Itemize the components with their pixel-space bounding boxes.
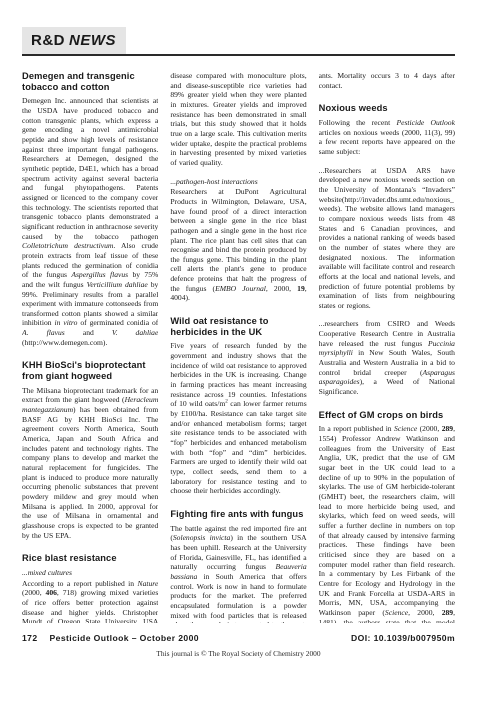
article-paragraph: Demegen Inc. announced that scientists a… — [22, 96, 158, 347]
page-footer: 172Pesticide Outlook – October 2000 DOI:… — [22, 633, 455, 643]
page-number: 172 — [22, 633, 38, 643]
text-run: Science — [394, 424, 417, 433]
text-run: Solenopsis invicta — [173, 533, 230, 542]
article-paragraph: The battle against the red imported fire… — [170, 524, 306, 623]
banner-title-accent: NEWS — [69, 32, 116, 49]
article-paragraph: disease compared with monoculture plots,… — [170, 71, 306, 168]
text-column: disease compared with monoculture plots,… — [170, 71, 306, 623]
article-subheading: ...pathogen-host interactions — [170, 177, 306, 187]
header-rule — [22, 54, 455, 56]
text-run: Following the recent — [319, 118, 397, 127]
text-run: According to a report published in — [22, 579, 138, 588]
text-column: Demegen and transgenic tobacco and cotto… — [22, 71, 158, 623]
journal-page: R&DNEWS Demegen and transgenic tobacco a… — [0, 0, 500, 708]
text-run: , 2000, — [408, 608, 442, 617]
text-run: ...Researchers at USDA ARS have develope… — [319, 166, 455, 310]
journal-issue-title: Pesticide Outlook – October 2000 — [50, 633, 199, 643]
article-paragraph: In a report published in Science (2000, … — [319, 424, 455, 623]
article-paragraph: ...Researchers at USDA ARS have develope… — [319, 166, 455, 311]
article-heading: Fighting fire ants with fungus — [170, 509, 306, 520]
doi-label: DOI: 10.1039/b007950m — [351, 633, 455, 643]
text-run: Verticillium dahliae — [87, 280, 148, 289]
text-run: 289 — [442, 608, 453, 617]
text-run: (2000, — [22, 588, 46, 597]
footer-left: 172Pesticide Outlook – October 2000 — [22, 633, 199, 643]
text-run: Nature — [138, 579, 159, 588]
text-run: 406 — [46, 588, 57, 597]
text-run: A. flavus — [22, 328, 65, 337]
text-run: in vitro — [54, 318, 77, 327]
article-paragraph: The Milsana bioprotectant trademark for … — [22, 386, 158, 541]
article-paragraph: Five years of research funded by the gov… — [170, 341, 306, 496]
text-run: of germinated conidia of — [77, 318, 158, 327]
text-run: (2000, — [417, 424, 441, 433]
text-run: Pesticide Outlook — [396, 118, 455, 127]
text-run: can lower farmer returns by £100/ha. Res… — [170, 399, 306, 495]
article-heading: Noxious weeds — [319, 103, 455, 114]
text-run: In a report published in — [319, 424, 394, 433]
text-run: Science — [385, 608, 408, 617]
text-run: Demegen Inc. announced that scientists a… — [22, 96, 158, 240]
text-run: ) has been obtained from BASF AG by KHH … — [22, 405, 158, 540]
text-run: Colletotrichum destructivum — [22, 241, 113, 250]
text-run: Aspergillus flavus — [71, 270, 128, 279]
article-subheading: ...mixed cultures — [22, 568, 158, 578]
article-paragraph: According to a report published in Natur… — [22, 579, 158, 623]
text-run: Researchers at DuPont Agricultural Produ… — [170, 187, 306, 293]
article-heading: Demegen and transgenic tobacco and cotto… — [22, 71, 158, 92]
text-run: V. dahliae — [112, 328, 158, 337]
text-run: EMBO Journal — [215, 284, 266, 293]
article-heading: Effect of GM crops on birds — [319, 410, 455, 421]
text-run: 19 — [297, 284, 305, 293]
copyright-line: This journal is © The Royal Society of C… — [22, 649, 455, 658]
article-paragraph: Following the recent Pesticide Outlook a… — [319, 118, 455, 157]
article-heading: Rice blast resistance — [22, 553, 158, 564]
banner-title-main: R&D — [31, 32, 65, 49]
article-heading: Wild oat resistance to herbicides in the… — [170, 316, 306, 337]
article-paragraph: ...researchers from CSIRO and Weeds Coop… — [319, 319, 455, 396]
text-run: , 1554) Professor Andrew Watkinson and c… — [319, 424, 455, 616]
text-run: ants. Mortality occurs 3 to 4 days after… — [319, 71, 455, 90]
article-paragraph: Researchers at DuPont Agricultural Produ… — [170, 187, 306, 303]
text-run: and — [65, 328, 112, 337]
text-run: , 2000, — [266, 284, 297, 293]
text-run: 289 — [442, 424, 453, 433]
section-banner: R&DNEWS — [22, 27, 126, 55]
text-column: ants. Mortality occurs 3 to 4 days after… — [319, 71, 455, 623]
article-heading: KHH BioSci's bioprotectant from giant ho… — [22, 360, 158, 381]
article-columns: Demegen and transgenic tobacco and cotto… — [22, 71, 455, 623]
text-run: articles on noxious weeds (2000, 11(3), … — [319, 128, 455, 156]
article-paragraph: ants. Mortality occurs 3 to 4 days after… — [319, 71, 455, 90]
text-run: disease compared with monoculture plots,… — [170, 71, 306, 167]
text-run: (http://www.demegen.com). — [22, 338, 107, 347]
